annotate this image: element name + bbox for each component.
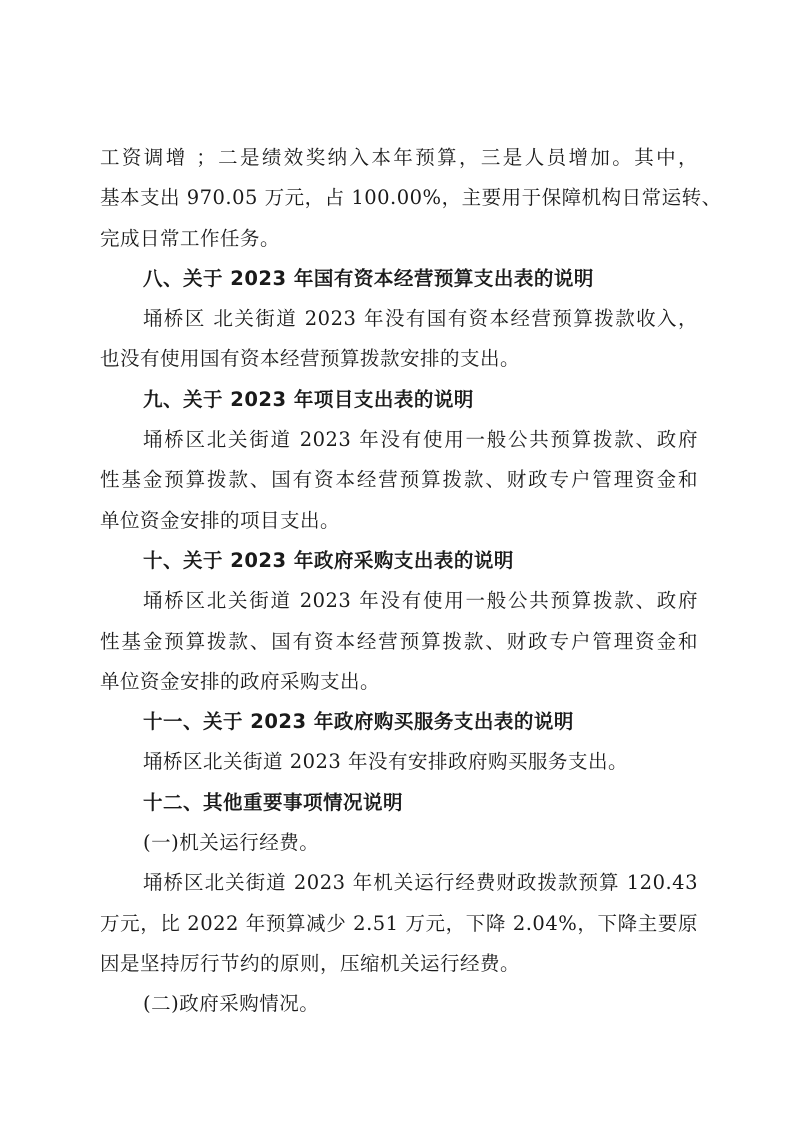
body-line: 埇桥区北关街道 2023 年没有使用一般公共预算拨款、政府 bbox=[100, 420, 698, 460]
body-line: 基本支出 970.05 万元，占 100.00%，主要用于保障机构日常运转、 bbox=[100, 178, 698, 218]
body-line: 也没有使用国有资本经营预算拨款安排的支出。 bbox=[100, 339, 698, 379]
section-heading-11: 十一、关于 2023 年政府购买服务支出表的说明 bbox=[100, 702, 698, 742]
body-line: 性基金预算拨款、国有资本经营预算拨款、财政专户管理资金和 bbox=[100, 460, 698, 500]
body-line: 性基金预算拨款、国有资本经营预算拨款、财政专户管理资金和 bbox=[100, 622, 698, 662]
section-heading-9: 九、关于 2023 年项目支出表的说明 bbox=[100, 380, 698, 420]
body-line: 单位资金安排的项目支出。 bbox=[100, 501, 698, 541]
body-line: 埇桥区北关街道 2023 年机关运行经费财政拨款预算 120.43 bbox=[100, 863, 698, 903]
subsection-heading-1: (一)机关运行经费。 bbox=[100, 823, 698, 863]
body-line: 单位资金安排的政府采购支出。 bbox=[100, 662, 698, 702]
subsection-heading-2: (二)政府采购情况。 bbox=[100, 984, 698, 1024]
body-line: 完成日常工作任务。 bbox=[100, 219, 698, 259]
section-heading-10: 十、关于 2023 年政府采购支出表的说明 bbox=[100, 541, 698, 581]
body-line: 埇桥区北关街道 2023 年没有使用一般公共预算拨款、政府 bbox=[100, 581, 698, 621]
document-page: 工资调增 ；二是绩效奖纳入本年预算，三是人员增加。其中， 基本支出 970.05… bbox=[100, 138, 698, 1025]
section-heading-8: 八、关于 2023 年国有资本经营预算支出表的说明 bbox=[100, 259, 698, 299]
body-line: 工资调增 ；二是绩效奖纳入本年预算，三是人员增加。其中， bbox=[100, 138, 698, 178]
body-line: 因是坚持厉行节约的原则，压缩机关运行经费。 bbox=[100, 944, 698, 984]
body-line: 万元，比 2022 年预算减少 2.51 万元，下降 2.04%，下降主要原 bbox=[100, 904, 698, 944]
section-heading-12: 十二、其他重要事项情况说明 bbox=[100, 783, 698, 823]
body-line: 埇桥区北关街道 2023 年没有安排政府购买服务支出。 bbox=[100, 742, 698, 782]
body-line: 埇桥区 北关街道 2023 年没有国有资本经营预算拨款收入， bbox=[100, 299, 698, 339]
